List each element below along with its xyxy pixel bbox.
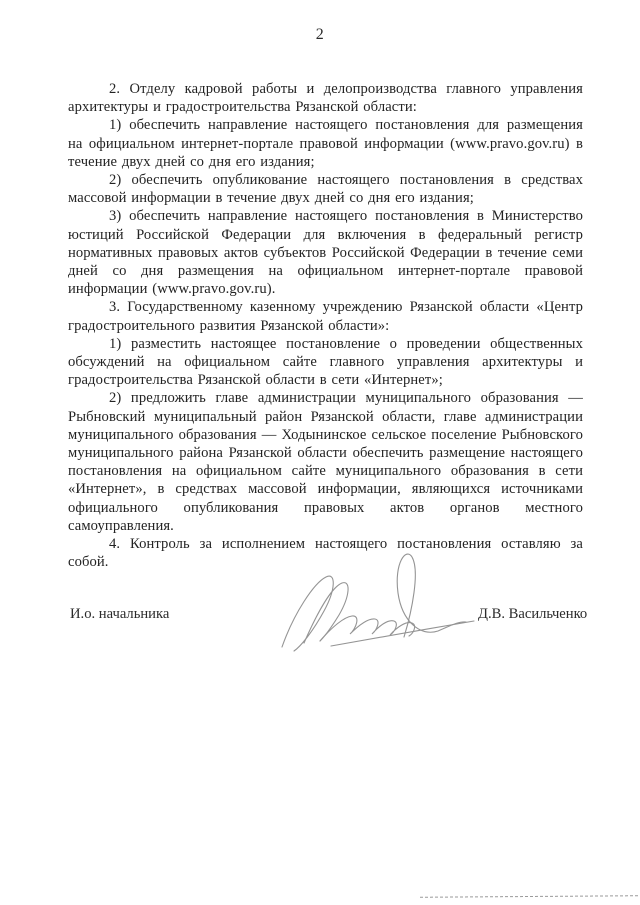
- paragraph-subitem-2: 2) обеспечить опубликование настоящего п…: [68, 171, 583, 207]
- paragraph-subitem-1b: 1) разместить настоящее постановление о …: [68, 335, 583, 390]
- paragraph-subitem-2b: 2) предложить главе администрации муници…: [68, 389, 583, 535]
- page-number: 2: [0, 26, 640, 44]
- document-page: 2 2. Отделу кадровой работы и делопроизв…: [0, 0, 640, 905]
- document-body: 2. Отделу кадровой работы и делопроизвод…: [68, 80, 583, 571]
- scan-artifact-dotted-line: [420, 895, 638, 898]
- paragraph-subitem-1: 1) обеспечить направление настоящего пос…: [68, 116, 583, 171]
- signer-name: Д.В. Васильченко: [478, 606, 587, 623]
- paragraph-item-2: 2. Отделу кадровой работы и делопроизвод…: [68, 80, 583, 116]
- paragraph-subitem-3: 3) обеспечить направление настоящего пос…: [68, 207, 583, 298]
- signer-position-title: И.о. начальника: [70, 606, 169, 623]
- paragraph-item-3: 3. Государственному казенному учреждению…: [68, 298, 583, 334]
- handwritten-signature-icon: [276, 549, 484, 659]
